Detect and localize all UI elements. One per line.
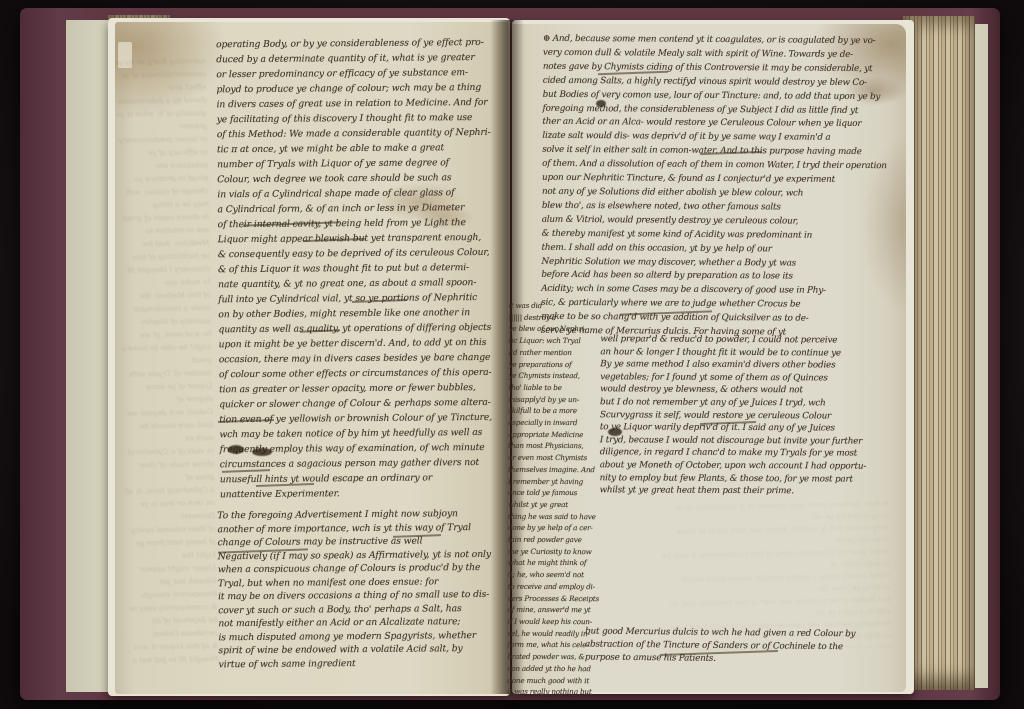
right-page-bottom-note: but good Mercurius dulcis to wch he had … [585, 625, 875, 667]
manuscript-photo: operating Body, or by ye considerablenes… [0, 0, 1024, 709]
ink-blot [252, 448, 272, 456]
right-page-top-block: ⊕ And, because some men contend yt it co… [541, 33, 899, 341]
right-page-mid-block: well prepar'd & reduc'd to powder, I cou… [600, 333, 896, 498]
left-page-paragraph-1: operating Body, or by ye considerablenes… [216, 35, 508, 502]
bleed-through-text-left: operating Body, or by ye considerablenes… [114, 54, 219, 666]
ink-blot [228, 445, 244, 454]
ink-blot [596, 100, 606, 107]
ink-blot [608, 428, 622, 436]
left-page-paragraph-2: To the foregoing Advertisement I might n… [217, 507, 506, 672]
